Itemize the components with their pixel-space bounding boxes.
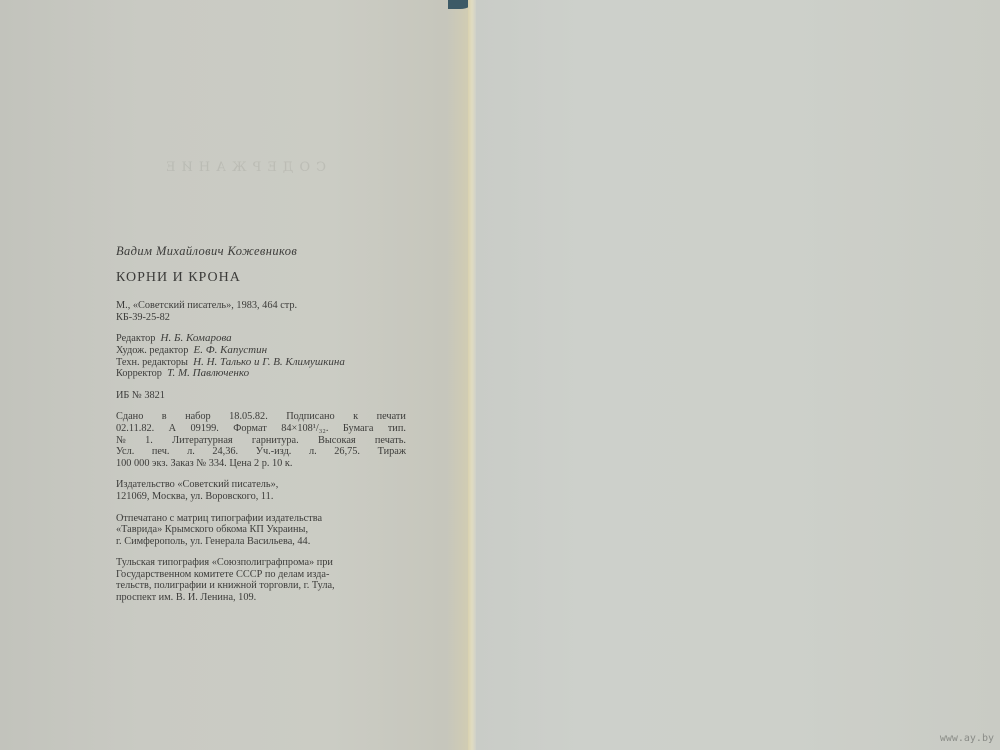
watermark: www.ay.by: [940, 733, 994, 744]
bleed-through-heading: СОДЕРЖАНИЕ: [160, 160, 326, 175]
credits: Редактор Н. Б. Комарова Худож. редактор …: [116, 333, 406, 379]
print-details: Сдановнабор18.05.82.Подписанокпечати 02.…: [116, 411, 406, 469]
printed-from-line: Отпечатано с матриц типографии издательс…: [116, 513, 406, 525]
publisher-line: 121069, Москва, ул. Воровского, 11.: [116, 491, 406, 503]
printer: Тульская типография «Союзполиграфпрома» …: [116, 557, 406, 603]
print-line: Усл.печ.л.24,36.Уч.-изд.л.26,75.Тираж: [116, 446, 406, 458]
credit-line: Корректор Т. М. Павлюченко: [116, 368, 406, 380]
printed-from: Отпечатано с матриц типографии издательс…: [116, 513, 406, 548]
publication-line: М., «Советский писатель», 1983, 464 стр.: [116, 300, 406, 312]
publication-info: М., «Советский писатель», 1983, 464 стр.…: [116, 300, 406, 323]
print-line: 02.11.82.А09199.Формат84×108¹/₃₂.Бумагат…: [116, 423, 406, 435]
colophon: Вадим Михайлович Кожевников КОРНИ И КРОН…: [116, 246, 406, 614]
print-line: №1.Литературнаягарнитура.Высокаяпечать.: [116, 435, 406, 447]
publisher-address: Издательство «Советский писатель», 12106…: [116, 479, 406, 502]
ib-number: ИБ № 3821: [116, 390, 406, 402]
book-title: КОРНИ И КРОНА: [116, 272, 406, 284]
publisher-line: Издательство «Советский писатель»,: [116, 479, 406, 491]
book-spine: [468, 0, 476, 750]
printer-line: Тульская типография «Союзполиграфпрома» …: [116, 557, 406, 569]
publication-line: КБ-39-25-82: [116, 312, 406, 324]
left-page: СОДЕРЖАНИЕ Вадим Михайлович Кожевников К…: [0, 0, 470, 750]
author-name: Вадим Михайлович Кожевников: [116, 246, 406, 258]
print-line: 100 000 экз. Заказ № 334. Цена 2 р. 10 к…: [116, 458, 406, 470]
print-line: Сдановнабор18.05.82.Подписанокпечати: [116, 411, 406, 423]
printer-line: проспект им. В. И. Ленина, 109.: [116, 592, 406, 604]
credit-line: Техн. редакторы Н. Н. Талько и Г. В. Кли…: [116, 357, 406, 369]
printed-from-line: «Таврида» Крымского обкома КП Украины,: [116, 524, 406, 536]
printer-line: тельств, полиграфии и книжной торговли, …: [116, 580, 406, 592]
printed-from-line: г. Симферополь, ул. Генерала Васильева, …: [116, 536, 406, 548]
right-page-blank: [476, 0, 1000, 750]
printer-line: Государственном комитете СССР по делам и…: [116, 569, 406, 581]
